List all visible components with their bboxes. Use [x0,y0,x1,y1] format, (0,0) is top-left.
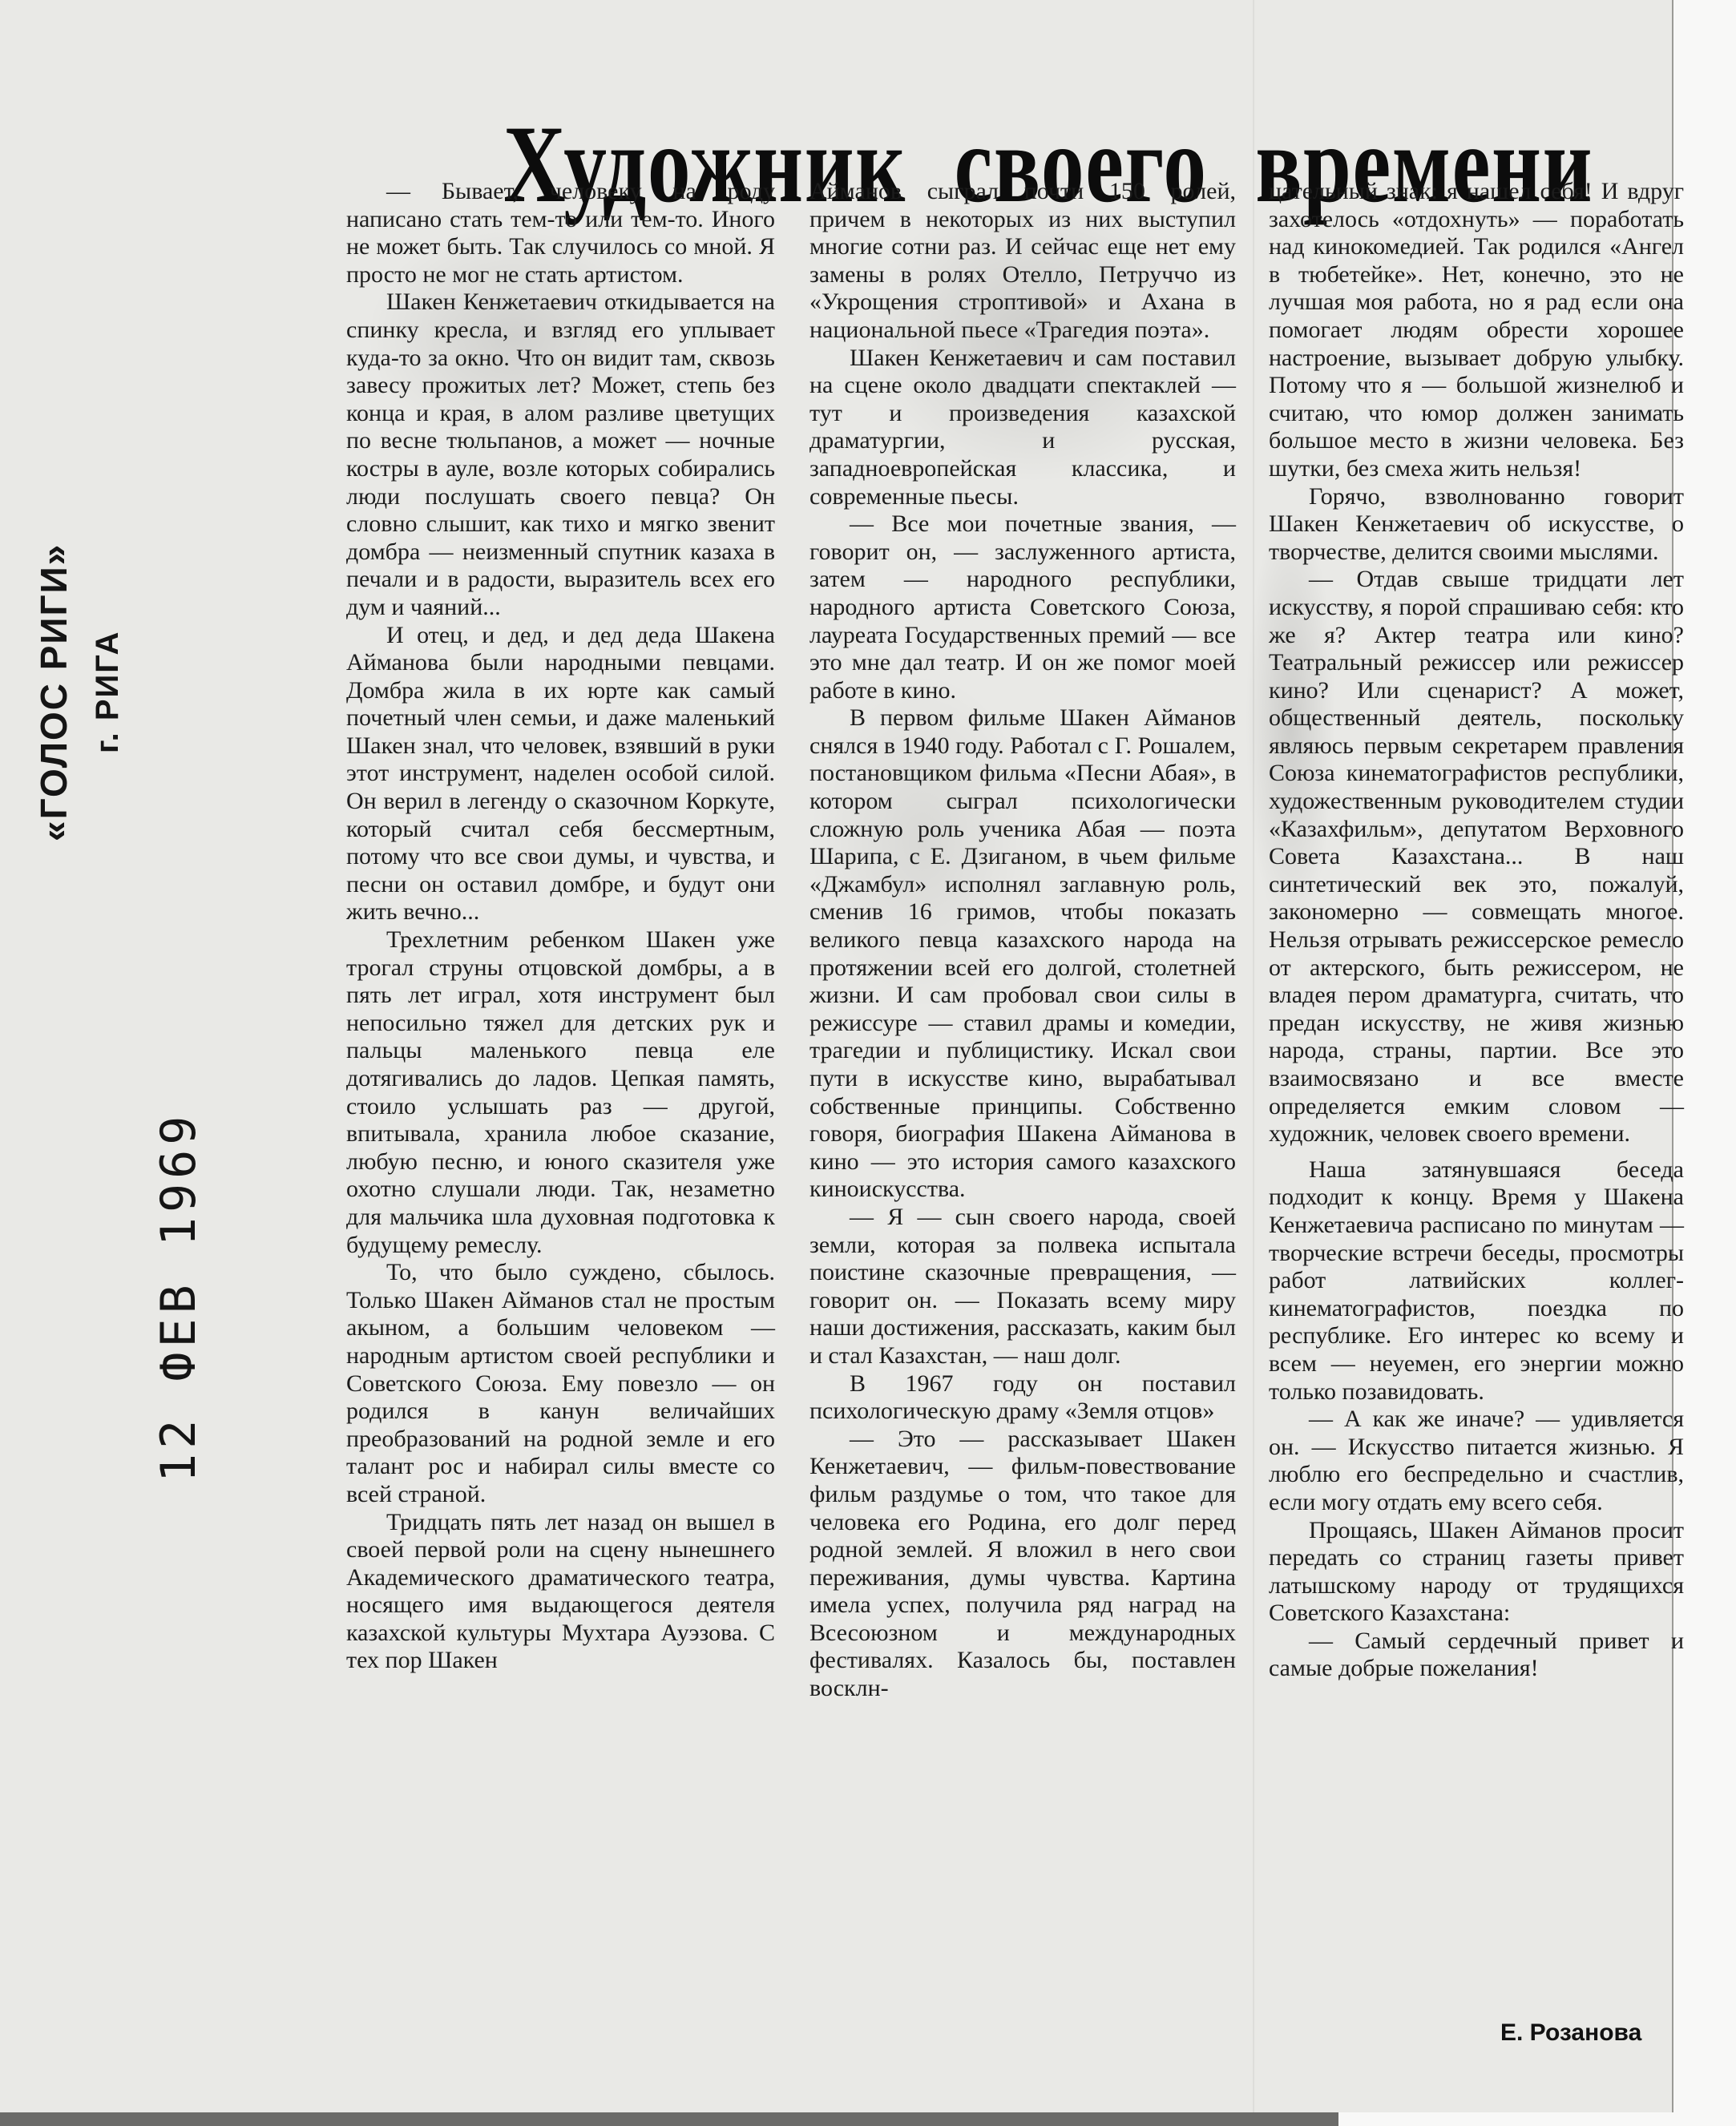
city-stamp: г. РИГА [90,631,126,753]
paragraph: Айманов сыграл почти 150 ролей, причем в… [809,178,1236,345]
paragraph: Шакен Кенжетаевич откидывается на спинку… [346,288,775,621]
paragraph: — Все мои почетные звания, — говорит он,… [809,510,1236,704]
paragraph: В первом фильме Шакен Айманов снялся в 1… [809,704,1236,1204]
paragraph: — Бывает, человеку на роду написано стат… [346,178,775,288]
paragraph: Трехлетним ребенком Шакен уже трогал стр… [346,926,775,1259]
scan-margin-bottom-dark [0,2112,1338,2126]
paragraph: Горячо, взволнованно говорит Шакен Кенже… [1269,483,1684,567]
article-column-3: цательный знак: я нашел себя! И вдруг за… [1269,178,1684,1683]
paragraph: Шакен Кенжетаевич и сам поставил на сцен… [809,345,1236,511]
paragraph: — Самый сердечный привет и самые добрые … [1269,1628,1684,1683]
article-column-1: — Бывает, человеку на роду написано стат… [346,178,775,1675]
date-stamp: 12 ФЕВ 1969 [151,1111,207,1483]
paragraph: — Отдав свыше тридцати лет искусству, я … [1269,566,1684,1148]
paragraph: В 1967 году он поставил психологическую … [809,1370,1236,1426]
author-signature: Е. Розанова [1500,2019,1641,2047]
paragraph: — А как же иначе? — удивляется он. — Иск… [1269,1406,1684,1516]
column-fold-line [1253,0,1254,2112]
paragraph: — Я — сын своего народа, своей земли, ко… [809,1204,1236,1370]
paragraph: И отец, и дед, и дед деда Шакена Айманов… [346,622,775,927]
newspaper-name-stamp: «ГОЛОС РИГИ» [32,543,75,841]
scan-margin-bottom-light [1338,2112,1736,2126]
paragraph: То, что было суждено, сбылось. Только Ша… [346,1259,775,1508]
paragraph: — Это — рассказывает Шакен Кенжетаевич, … [809,1426,1236,1703]
paragraph: Тридцать пять лет назад он вышел в своей… [346,1509,775,1676]
article-column-2: Айманов сыграл почти 150 ролей, причем в… [809,178,1236,1703]
paragraph: Прощаясь, Шакен Айманов просит передать … [1269,1517,1684,1628]
paragraph: цательный знак: я нашел себя! И вдруг за… [1269,178,1684,483]
paragraph: Наша затянувшаяся беседа подходит к конц… [1269,1156,1684,1406]
